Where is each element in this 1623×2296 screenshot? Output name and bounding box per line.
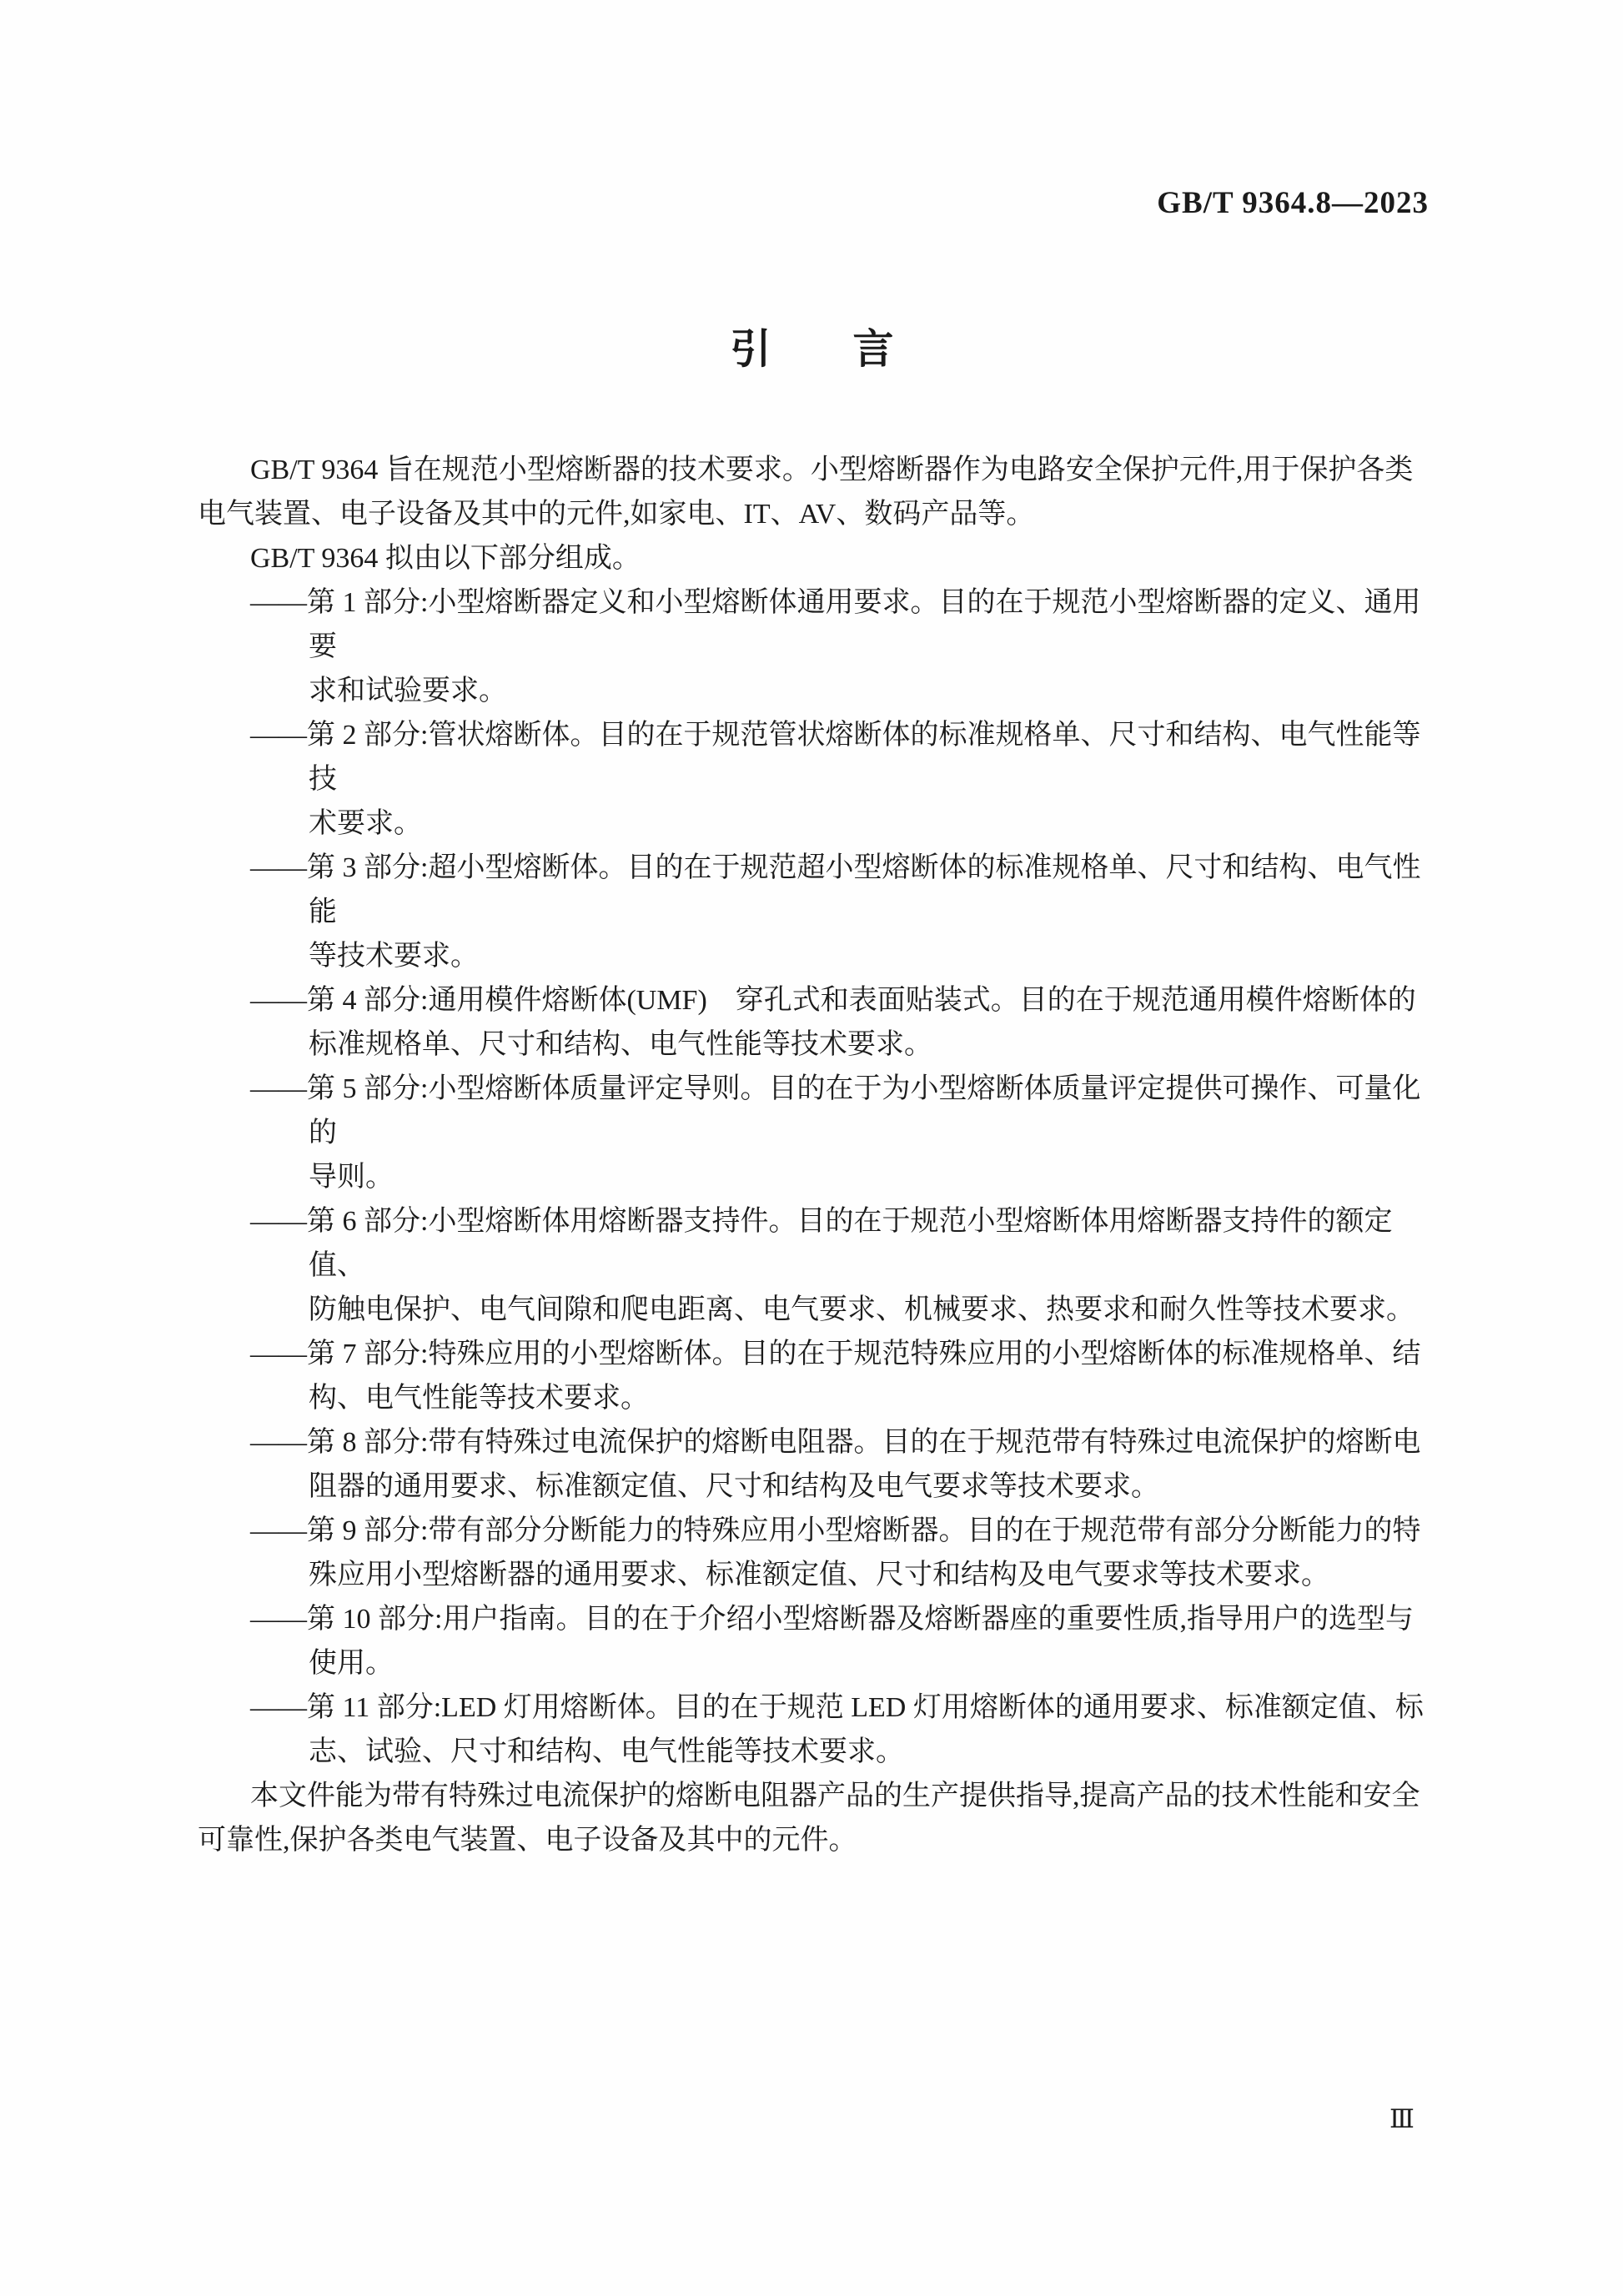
part-item-7: ——第 7 部分:特殊应用的小型熔断体。目的在于规范特殊应用的小型熔断体的标准规… — [198, 1332, 1427, 1420]
part-item-10: ——第 10 部分:用户指南。目的在于介绍小型熔断器及熔断器座的重要性质,指导用… — [198, 1597, 1427, 1686]
standard-number: GB/T 9364.8—2023 — [1157, 185, 1429, 221]
closing-paragraph: 本文件能为带有特殊过电流保护的熔断电阻器产品的生产提供指导,提高产品的技术性能和… — [198, 1774, 1427, 1862]
intro-paragraph-2: GB/T 9364 拟由以下部分组成。 — [198, 536, 1427, 580]
part-item-5: ——第 5 部分:小型熔断体质量评定导则。目的在于为小型熔断体质量评定提供可操作… — [198, 1067, 1427, 1199]
page-title: 引 言 — [198, 325, 1426, 374]
part-item-3: ——第 3 部分:超小型熔断体。目的在于规范超小型熔断体的标准规格单、尺寸和结构… — [198, 846, 1427, 978]
part-item-8: ——第 8 部分:带有特殊过电流保护的熔断电阻器。目的在于规范带有特殊过电流保护… — [198, 1420, 1427, 1509]
part-item-9: ——第 9 部分:带有部分分断能力的特殊应用小型熔断器。目的在于规范带有部分分断… — [198, 1509, 1427, 1597]
parts-list: ——第 1 部分:小型熔断器定义和小型熔断体通用要求。目的在于规范小型熔断器的定… — [198, 580, 1427, 1774]
page-number: Ⅲ — [1389, 2105, 1414, 2133]
part-item-11: ——第 11 部分:LED 灯用熔断体。目的在于规范 LED 灯用熔断体的通用要… — [198, 1686, 1427, 1774]
part-item-2: ——第 2 部分:管状熔断体。目的在于规范管状熔断体的标准规格单、尺寸和结构、电… — [198, 713, 1427, 846]
document-page: GB/T 9364.8—2023 引 言 GB/T 9364 旨在规范小型熔断器… — [0, 0, 1623, 2296]
part-item-1: ——第 1 部分:小型熔断器定义和小型熔断体通用要求。目的在于规范小型熔断器的定… — [198, 580, 1427, 713]
part-item-4: ——第 4 部分:通用模件熔断体(UMF) 穿孔式和表面贴装式。目的在于规范通用… — [198, 978, 1427, 1067]
introduction-body: GB/T 9364 旨在规范小型熔断器的技术要求。小型熔断器作为电路安全保护元件… — [198, 448, 1427, 1862]
part-item-6: ——第 6 部分:小型熔断体用熔断器支持件。目的在于规范小型熔断体用熔断器支持件… — [198, 1199, 1427, 1332]
intro-paragraph-1: GB/T 9364 旨在规范小型熔断器的技术要求。小型熔断器作为电路安全保护元件… — [198, 448, 1427, 536]
